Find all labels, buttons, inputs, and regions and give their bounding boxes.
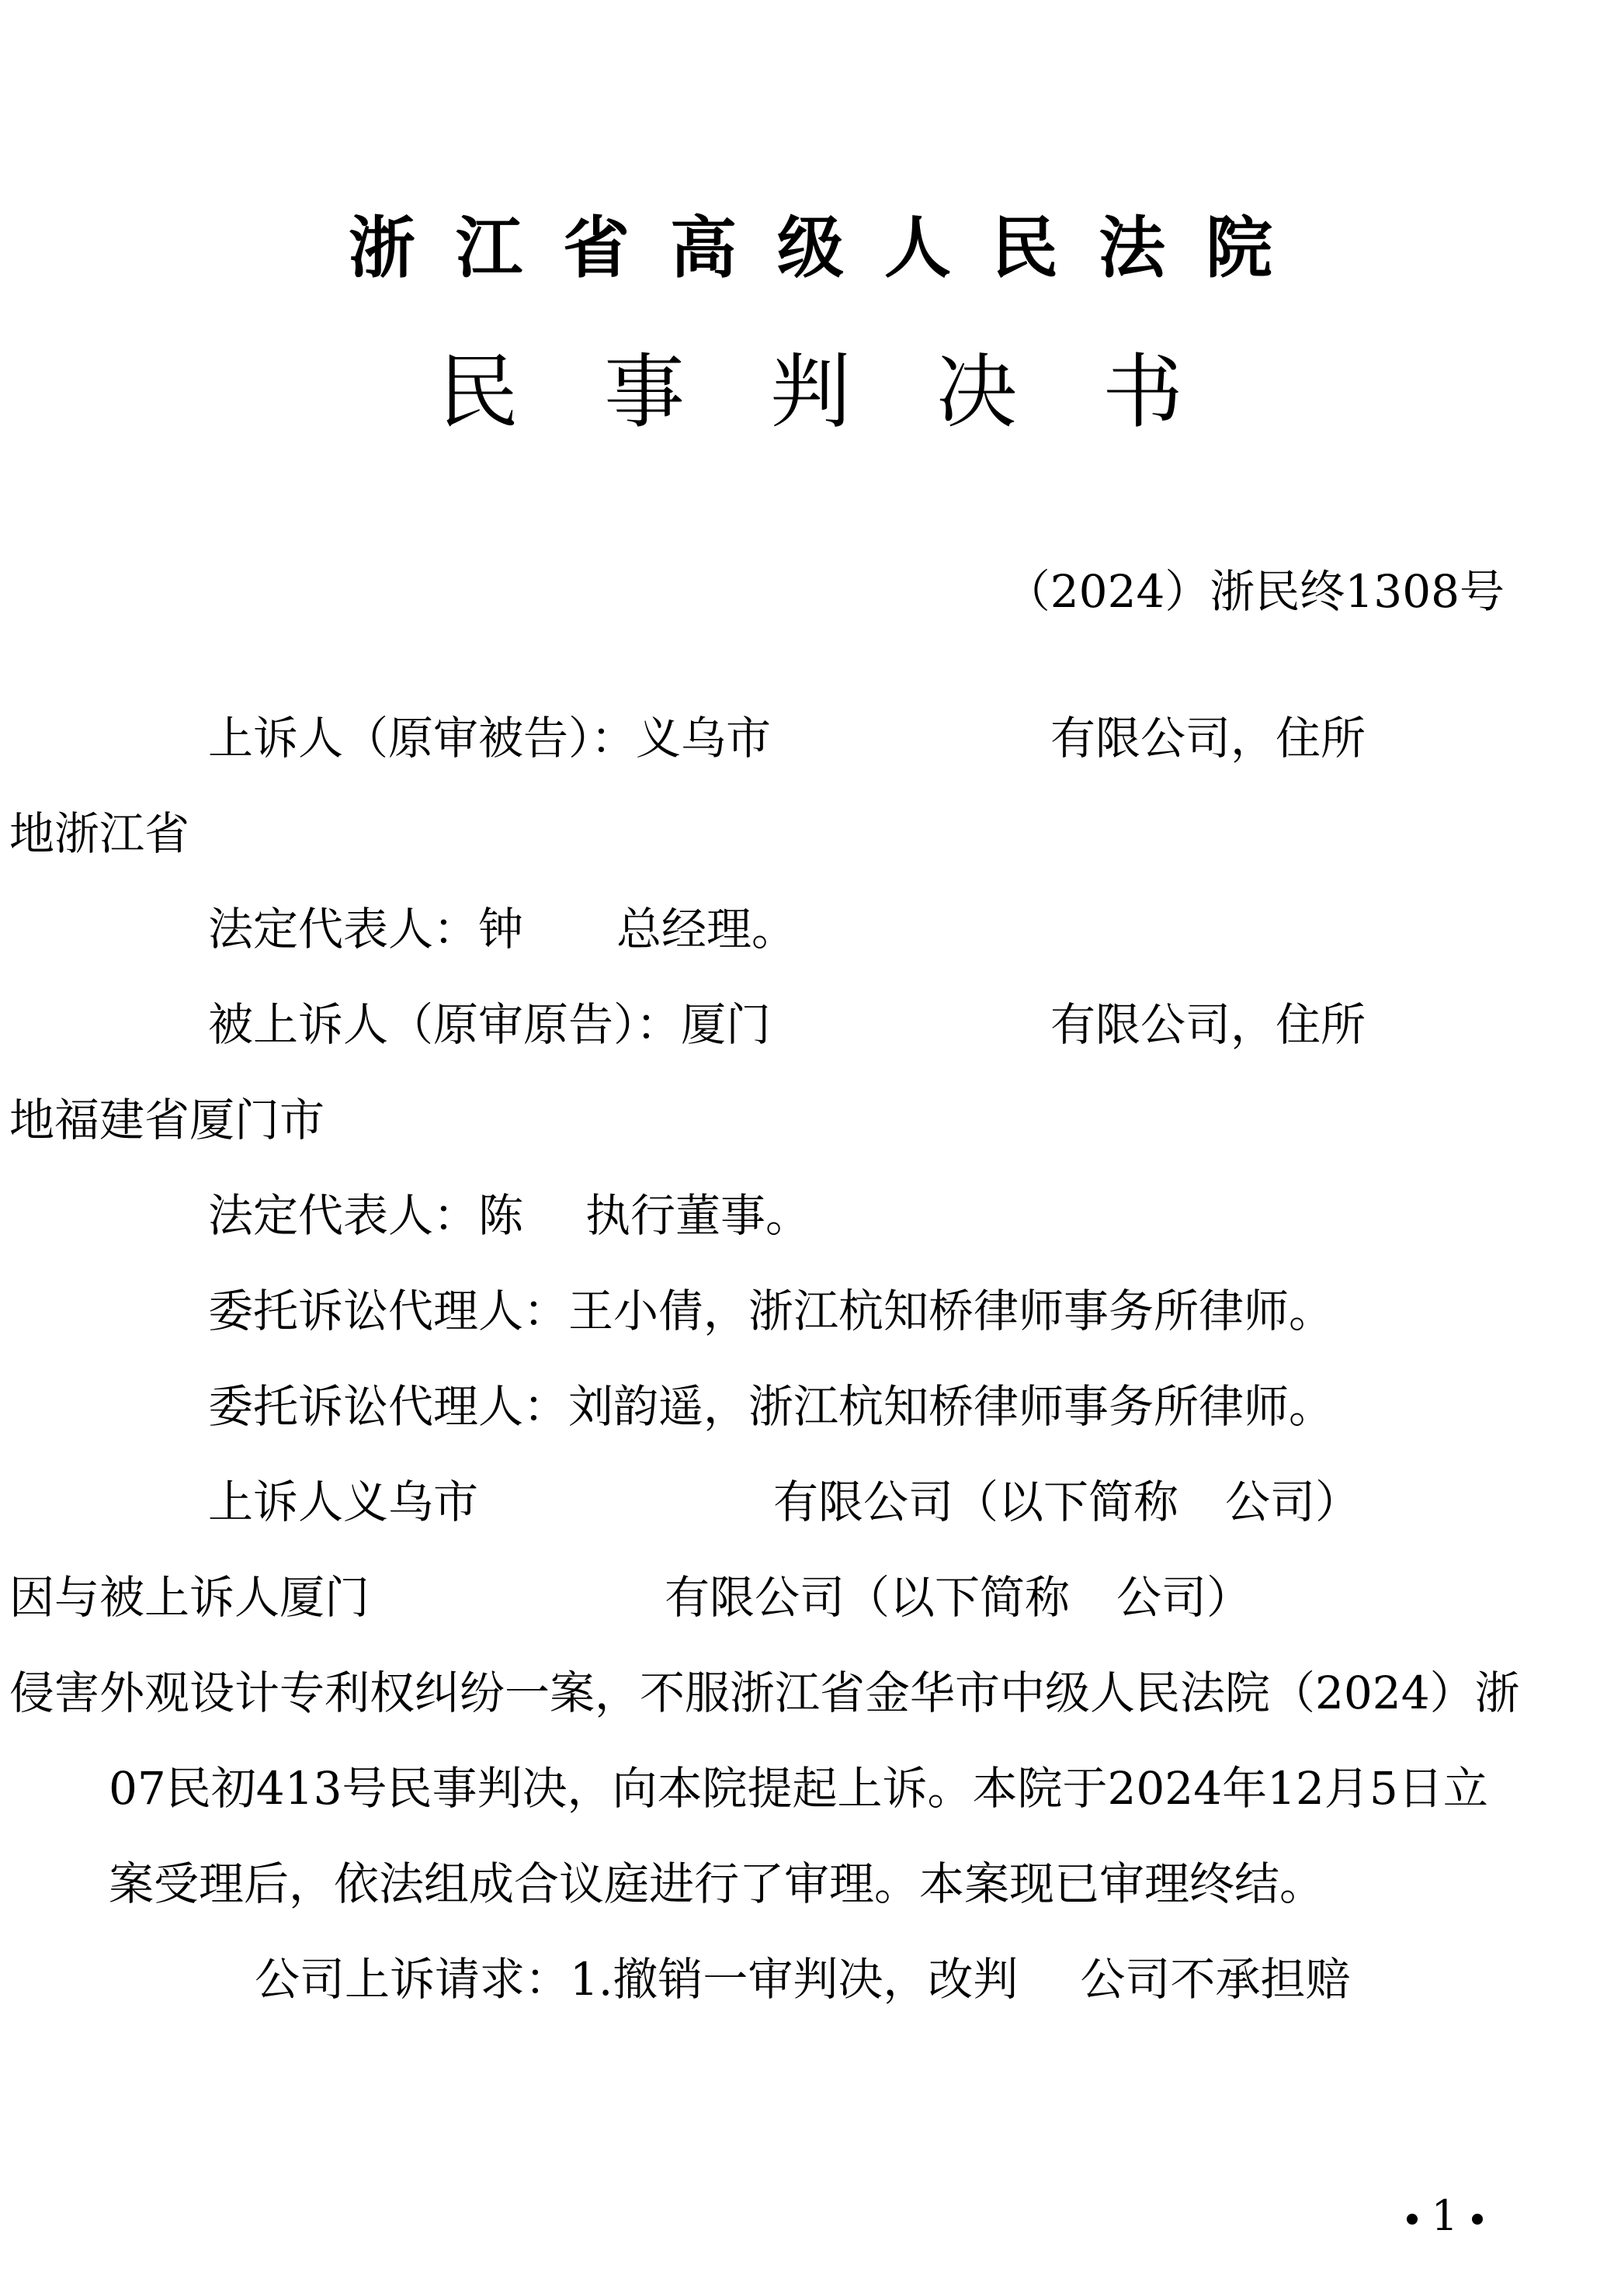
agent-text: 刘韵遥，浙江杭知桥律师事务所律师。: [568, 1380, 1334, 1433]
appeal-request-suffix: 公司不承担赔: [1080, 1953, 1350, 2006]
appellant-address: 地浙江省: [9, 807, 189, 860]
rep-label: 法定代表人：: [208, 1189, 478, 1242]
case-number: （2024）浙民终1308号: [1005, 560, 1505, 623]
agent-text: 王小倩，浙江杭知桥律师事务所律师。: [568, 1285, 1334, 1337]
bullet-dot-icon: [1407, 2214, 1418, 2225]
procedure-line2-end: 公司）: [1116, 1571, 1251, 1624]
court-name: 浙江省高级人民法院: [0, 210, 1621, 287]
appellee-address: 地福建省厦门市: [9, 1094, 325, 1146]
rep-surname: 陈: [478, 1189, 523, 1242]
appeal-request-prefix: 公司上诉请求：1.撤销一审判决，改判: [255, 1953, 1018, 2006]
appellee-name-prefix: 厦门: [681, 998, 771, 1051]
rep-label: 法定代表人：: [208, 903, 478, 956]
bullet-dot-icon: [1472, 2214, 1483, 2225]
agent-2: 委托诉讼代理人：刘韵遥，浙江杭知桥律师事务所律师。: [109, 1359, 1522, 1455]
procedure-line1-prefix: 上诉人义乌市: [208, 1476, 478, 1528]
appellee-paragraph: 被上诉人（原审原告）：厦门有限公司，住所地福建省厦门市: [109, 977, 1522, 1168]
appellant-label: 上诉人（原审被告）：: [208, 712, 636, 765]
procedure-paragraph: 上诉人义乌市有限公司（以下简称公司）因与被上诉人厦门有限公司（以下简称公司）侵害…: [109, 1455, 1522, 1932]
agent-label: 委托诉讼代理人：: [208, 1380, 568, 1433]
procedure-line2-prefix: 因与被上诉人厦门: [9, 1571, 370, 1624]
appellee-label: 被上诉人（原审原告）：: [208, 998, 681, 1051]
appellant-name-suffix: 有限公司，住所: [1050, 712, 1366, 765]
agent-label: 委托诉讼代理人：: [208, 1285, 568, 1337]
page-number-value: 1: [1432, 2191, 1458, 2240]
procedure-line1-end: 公司）: [1225, 1476, 1360, 1528]
judgment-page: 浙江省高级人民法院 民事判决书 （2024）浙民终1308号 上诉人（原审被告）…: [0, 0, 1621, 2296]
procedure-rest: 侵害外观设计专利权纠纷一案，不服浙江省金华市中级人民法院（2024）浙07民初4…: [9, 1667, 1520, 1910]
rep-title: 总经理。: [616, 903, 797, 956]
rep-title: 执行董事。: [585, 1189, 810, 1242]
rep-surname: 钟: [478, 903, 523, 956]
procedure-line2-suffix: 有限公司（以下简称: [665, 1571, 1070, 1624]
agent-1: 委托诉讼代理人：王小倩，浙江杭知桥律师事务所律师。: [109, 1264, 1522, 1359]
appellee-name-suffix: 有限公司，住所: [1050, 998, 1366, 1051]
procedure-line1-suffix: 有限公司（以下简称: [773, 1476, 1178, 1528]
appellant-paragraph: 上诉人（原审被告）：义乌市有限公司，住所地浙江省: [109, 691, 1522, 882]
document-type-title: 民事判决书: [0, 345, 1621, 439]
judgment-body: 上诉人（原审被告）：义乌市有限公司，住所地浙江省 法定代表人：钟总经理。 被上诉…: [109, 691, 1522, 2027]
appellant-name-prefix: 义乌市: [636, 712, 771, 765]
appeal-request-paragraph: 公司上诉请求：1.撤销一审判决，改判公司不承担赔: [109, 1932, 1522, 2027]
appellee-representative: 法定代表人：陈执行董事。: [109, 1168, 1522, 1264]
appellant-representative: 法定代表人：钟总经理。: [109, 882, 1522, 977]
page-number: 1: [1393, 2189, 1497, 2243]
